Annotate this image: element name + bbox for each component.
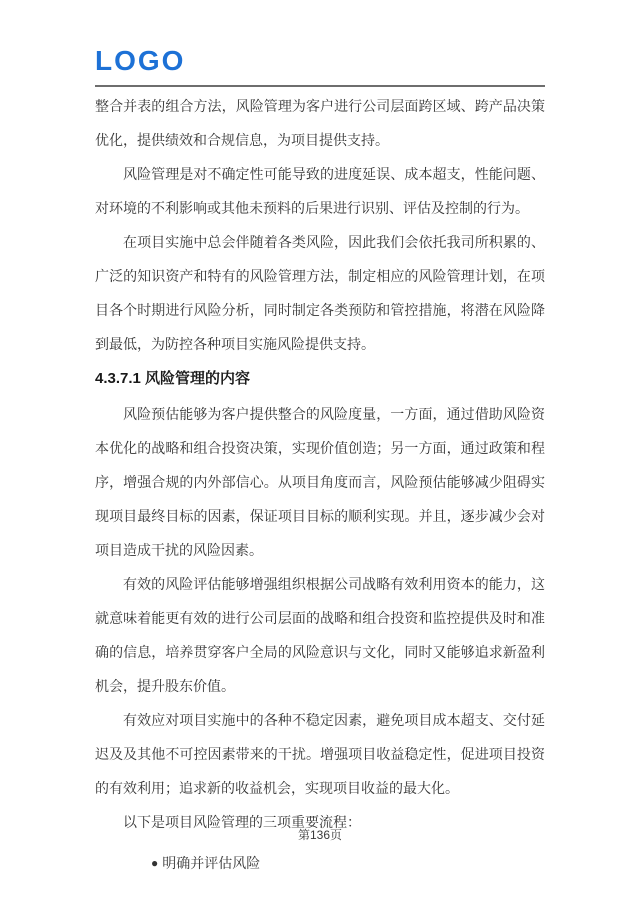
paragraph: 在项目实施中总会伴随着各类风险，因此我们会依托我司所积累的、广泛的知识资产和特有… <box>95 225 545 361</box>
page-number: 第136页 <box>298 828 342 842</box>
page-footer: 第136页 <box>0 826 640 843</box>
paragraph: 有效的风险评估能够增强组织根据公司战略有效利用资本的能力，这就意味着能更有效的进… <box>95 567 545 703</box>
header-divider <box>95 85 545 87</box>
document-body: 整合并表的组合方法，风险管理为客户进行公司层面跨区域、跨产品决策优化，提供绩效和… <box>95 89 545 880</box>
bullet-item-label: 明确并评估风险 <box>162 855 260 871</box>
bullet-item: ●明确并评估风险 <box>95 846 545 880</box>
bullet-icon: ● <box>151 846 158 880</box>
section-heading: 4.3.7.1 风险管理的内容 <box>95 362 545 396</box>
paragraph: 风险管理是对不确定性可能导致的进度延误、成本超支，性能问题、对环境的不利影响或其… <box>95 157 545 225</box>
document-header: LOGO <box>95 46 545 87</box>
document-page: LOGO 整合并表的组合方法，风险管理为客户进行公司层面跨区域、跨产品决策优化，… <box>0 0 640 906</box>
paragraph: 有效应对项目实施中的各种不稳定因素，避免项目成本超支、交付延迟及及其他不可控因素… <box>95 703 545 805</box>
company-logo: LOGO <box>95 46 545 76</box>
paragraph: 整合并表的组合方法，风险管理为客户进行公司层面跨区域、跨产品决策优化，提供绩效和… <box>95 89 545 157</box>
paragraph: 风险预估能够为客户提供整合的风险度量，一方面，通过借助风险资本优化的战略和组合投… <box>95 397 545 567</box>
